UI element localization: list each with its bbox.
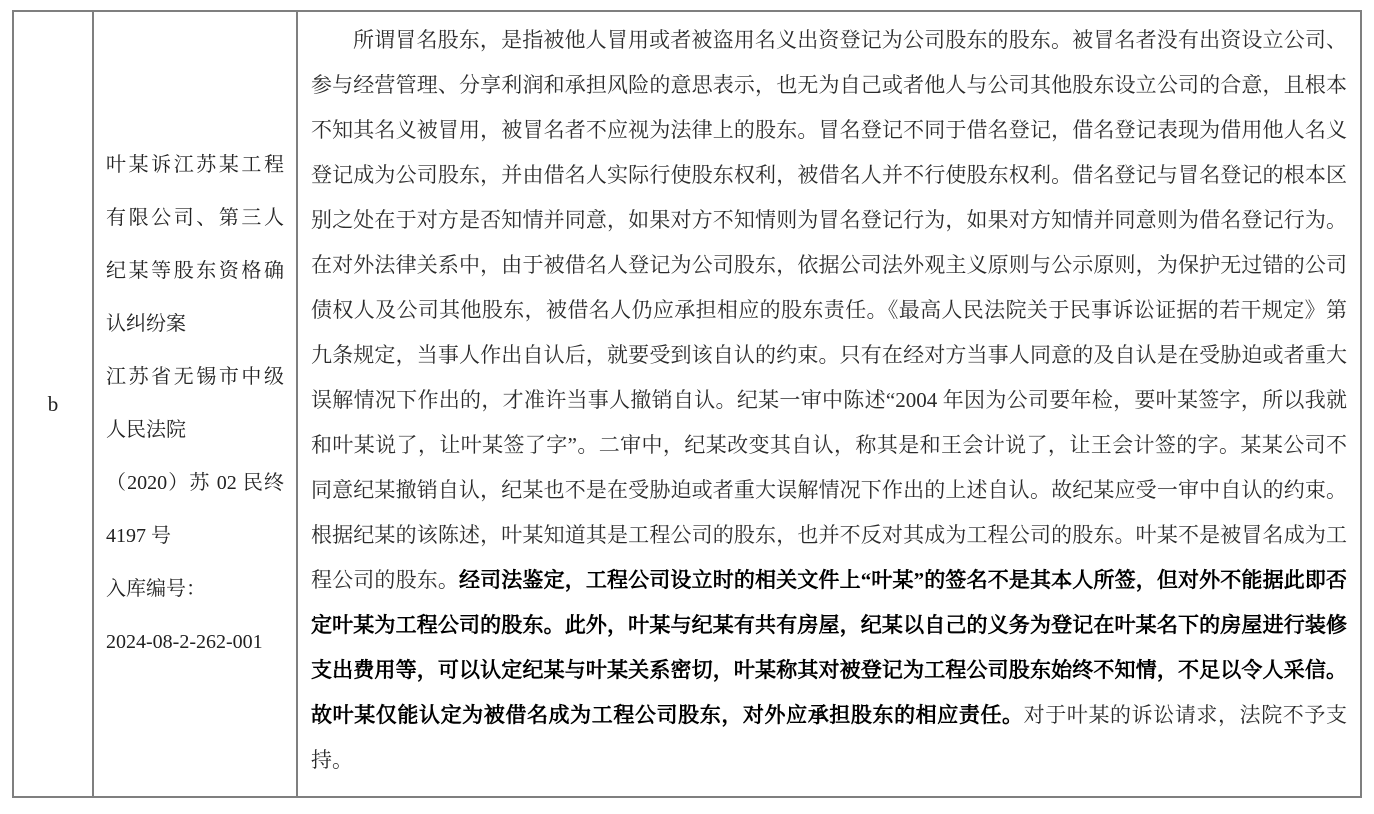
analysis-paragraph: 所谓冒名股东，是指被他人冒用或者被盗用名义出资登记为公司股东的股东。被冒名者没有… — [311, 18, 1347, 783]
inbound-number-value: 2024-08-2-262-001 — [106, 616, 284, 669]
case-digest-table: b 叶某诉江苏某工程有限公司、第三人纪某等股东资格确认纠纷案 江苏省无锡市中级人… — [12, 10, 1362, 798]
case-info-cell: 叶某诉江苏某工程有限公司、第三人纪某等股东资格确认纠纷案 江苏省无锡市中级人民法… — [94, 12, 298, 796]
case-title: 叶某诉江苏某工程有限公司、第三人纪某等股东资格确认纠纷案 — [106, 139, 284, 351]
analysis-cell: 所谓冒名股东，是指被他人冒用或者被盗用名义出资登记为公司股东的股东。被冒名者没有… — [298, 12, 1360, 796]
case-docket-number: （2020）苏 02 民终 4197 号 — [106, 457, 284, 563]
analysis-segment-normal-1: 所谓冒名股东，是指被他人冒用或者被盗用名义出资登记为公司股东的股东。被冒名者没有… — [311, 28, 1347, 592]
court-name: 江苏省无锡市中级人民法院 — [106, 351, 284, 457]
row-label: b — [48, 392, 59, 417]
inbound-number-label: 入库编号： — [106, 563, 284, 616]
row-label-cell: b — [14, 12, 94, 796]
